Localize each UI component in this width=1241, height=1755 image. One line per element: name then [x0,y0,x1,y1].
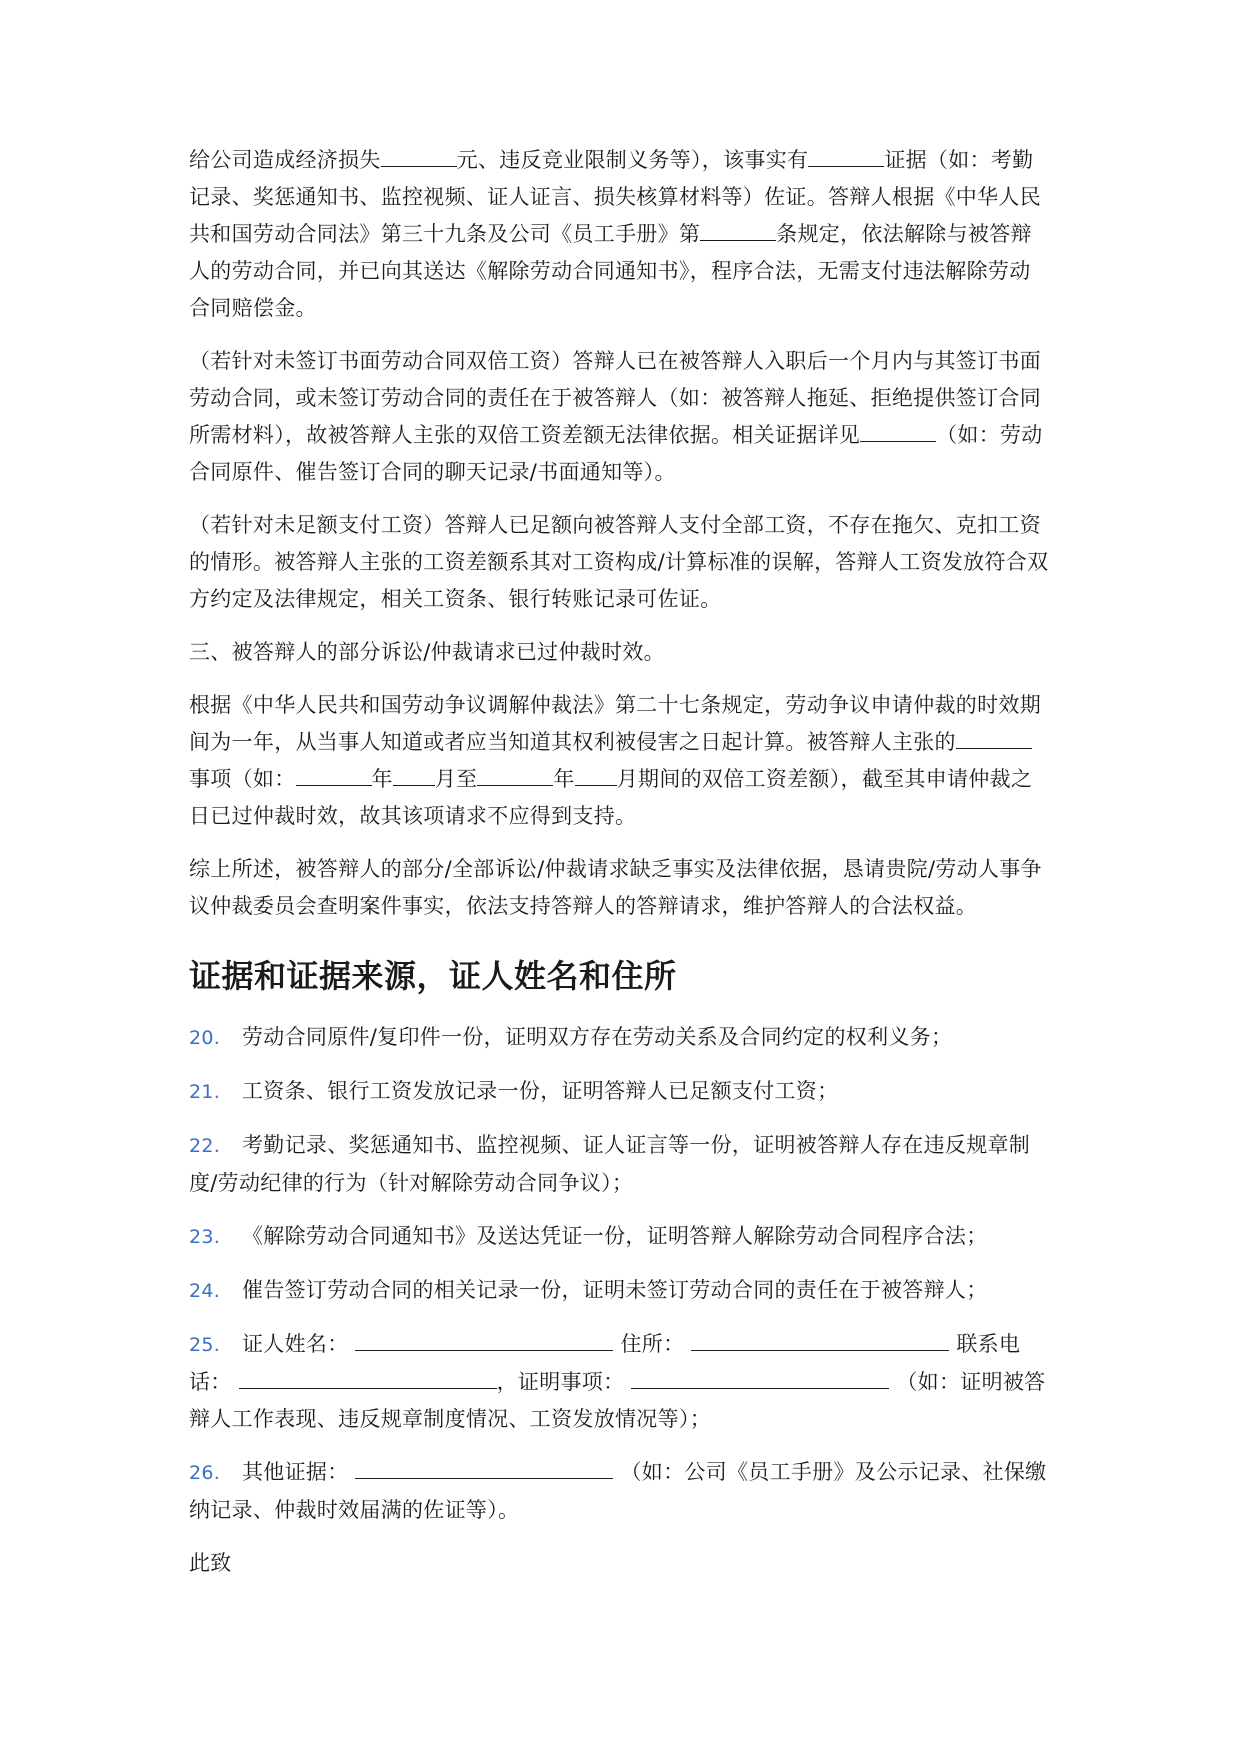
paragraph-limitation: 根据《中华人民共和国劳动争议调解仲裁法》第二十七条规定，劳动争议申请仲裁的时效期… [189,687,1051,835]
evidence-item-witness: 25.证人姓名： 住所： 联系电话： ，证明事项： （如：证明被答辩人工作表现、… [189,1326,1051,1438]
blank-witness-address[interactable] [691,1330,949,1351]
list-number: 24. [189,1273,242,1310]
blank-evidence-detail[interactable] [860,421,936,442]
blank-end-year[interactable] [477,765,553,786]
evidence-item: 21.工资条、银行工资发放记录一份，证明答辩人已足额支付工资； [189,1073,1051,1111]
list-number: 20. [189,1020,242,1057]
blank-article-number[interactable] [700,220,776,241]
blank-witness-phone[interactable] [239,1368,497,1389]
blank-witness-matter[interactable] [631,1368,889,1389]
evidence-item: 23.《解除劳动合同通知书》及送达凭证一份，证明答辩人解除劳动合同程序合法； [189,1218,1051,1256]
paragraph-wage-paid: （若针对未足额支付工资）答辩人已足额向被答辩人支付全部工资，不存在拖欠、克扣工资… [189,507,1051,618]
blank-other-evidence[interactable] [355,1458,613,1479]
evidence-item: 20.劳动合同原件/复印件一份，证明双方存在劳动关系及合同约定的权利义务； [189,1019,1051,1057]
paragraph-conclusion: 综上所述，被答辩人的部分/全部诉讼/仲裁请求缺乏事实及法律依据，恳请贵院/劳动人… [189,851,1051,925]
blank-witness-name[interactable] [355,1330,613,1351]
blank-start-month[interactable] [393,765,435,786]
blank-claim-item[interactable] [956,728,1032,749]
paragraph-dismissal-basis: 给公司造成经济损失元、违反竞业限制义务等），该事实有证据（如：考勤记录、奖惩通知… [189,142,1051,327]
closing-salutation: 此致 [189,1545,1051,1582]
paragraph-limitation-heading: 三、被答辩人的部分诉讼/仲裁请求已过仲裁时效。 [189,634,1051,671]
evidence-item: 24.催告签订劳动合同的相关记录一份，证明未签订劳动合同的责任在于被答辩人； [189,1272,1051,1310]
list-number: 26. [189,1455,242,1492]
document-page: 给公司造成经济损失元、违反竞业限制义务等），该事实有证据（如：考勤记录、奖惩通知… [189,142,1051,1598]
list-number: 22. [189,1128,242,1165]
list-number: 23. [189,1219,242,1256]
list-number: 25. [189,1327,242,1364]
evidence-item-other: 26.其他证据： （如：公司《员工手册》及公示记录、社保缴纳记录、仲裁时效届满的… [189,1454,1051,1529]
blank-evidence[interactable] [808,146,884,167]
list-number: 21. [189,1074,242,1111]
blank-start-year[interactable] [296,765,372,786]
section-heading-evidence: 证据和证据来源，证人姓名和住所 [189,951,1051,1001]
blank-end-month[interactable] [575,765,617,786]
evidence-item: 22.考勤记录、奖惩通知书、监控视频、证人证言等一份，证明被答辩人存在违反规章制… [189,1127,1051,1202]
blank-loss-amount[interactable] [381,146,457,167]
paragraph-double-wage: （若针对未签订书面劳动合同双倍工资）答辩人已在被答辩人入职后一个月内与其签订书面… [189,343,1051,491]
